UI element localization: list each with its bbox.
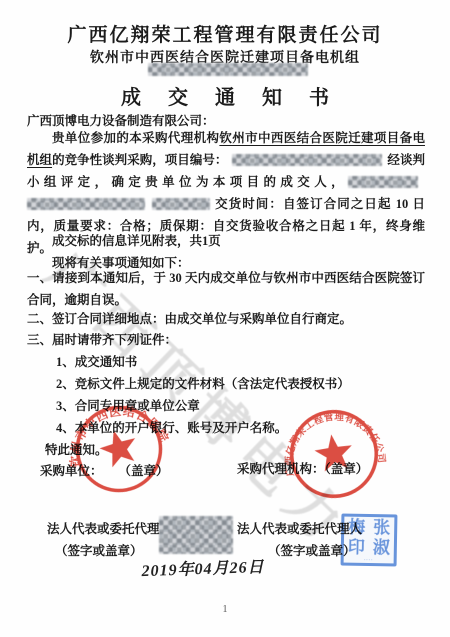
- notice-item-3: 三、届时请带齐下列证件：: [27, 329, 177, 351]
- page-number: 1: [0, 604, 450, 615]
- seal-char-br: 淑: [369, 538, 394, 557]
- required-doc-2: 2、竞标文件上规定的文件材料（含法定代表授权书）: [56, 373, 350, 395]
- notice-item-1: 一、请接到本通知后，于 30 天内成交单位与钦州市中西医结合医院签订合同，逾期自…: [27, 267, 425, 311]
- seal-micro-text: ····: [344, 558, 394, 563]
- legal-rep-label-left: 法人代表或委托代理人: [47, 518, 172, 540]
- required-doc-1: 1、成交通知书: [56, 351, 137, 373]
- agency-seal-line: 采购代理机构：（盖章）: [237, 458, 368, 480]
- purchaser-seal-line: 采购单位：（盖章）: [40, 460, 169, 482]
- seal-char-bl: 印: [344, 538, 369, 557]
- purchaser-seal-hint: （盖章）: [119, 464, 169, 478]
- redacted-winner-name-2: [27, 198, 145, 210]
- required-doc-4: 4、本单位的开户银行、账号及开户名称。: [56, 417, 287, 439]
- paragraph-part-1: 贵单位参加的本采购代理机构: [52, 131, 219, 145]
- svg-text:· · · · · · · · ·: · · · · · · · · ·: [118, 482, 142, 495]
- redacted-winner-name-3: [152, 198, 210, 210]
- closing-line: 特此通知。: [45, 439, 108, 461]
- company-title: 广西亿翔荣工程管理有限责任公司: [0, 20, 450, 47]
- seal-char-tr: 张: [369, 518, 394, 537]
- paragraph-part-2: 的竞争性谈判采购，项目编号：: [52, 153, 227, 167]
- name-seal: 梅 张 印 淑 ····: [341, 514, 398, 567]
- redacted-project-code: [232, 154, 382, 166]
- svg-text:· · · · · · · · ·: · · · · · · · · ·: [328, 490, 352, 500]
- handwritten-date: 2019年04月26日: [128, 553, 279, 581]
- redacted-signature: [159, 516, 233, 554]
- purchaser-label: 采购单位：: [40, 464, 103, 478]
- stamp-code-marks: · · · · · · · · ·: [118, 482, 142, 495]
- agency-label: 采购代理机构：: [237, 462, 325, 476]
- seal-char-tl: 梅: [344, 517, 369, 536]
- agency-seal-hint: （盖章）: [325, 462, 369, 476]
- round-seal-icon: 广西亿翔荣工程管理有限责任公司 · · · · · · · · ·: [273, 393, 395, 515]
- stamp-code-marks: · · · · · · · · ·: [328, 490, 352, 500]
- redacted-project-number: [148, 63, 308, 76]
- redacted-winner-name-1: [348, 176, 418, 188]
- agency-official-stamp: 广西亿翔荣工程管理有限责任公司 · · · · · · · · ·: [273, 393, 395, 515]
- attachment-note: 成交标的信息详见附表，共1页: [52, 230, 221, 252]
- notice-item-2: 二、签订合同详细地点：由成交单位与采购单位自行商定。: [27, 308, 352, 330]
- required-doc-3: 3、合同专用章或单位公章: [56, 395, 200, 417]
- document-page: 广西顶博电力 广西亿翔荣工程管理有限责任公司 钦州市中西医结合医院迁建项目备电机…: [0, 0, 450, 637]
- document-title: 成 交 通 知 书: [0, 81, 450, 110]
